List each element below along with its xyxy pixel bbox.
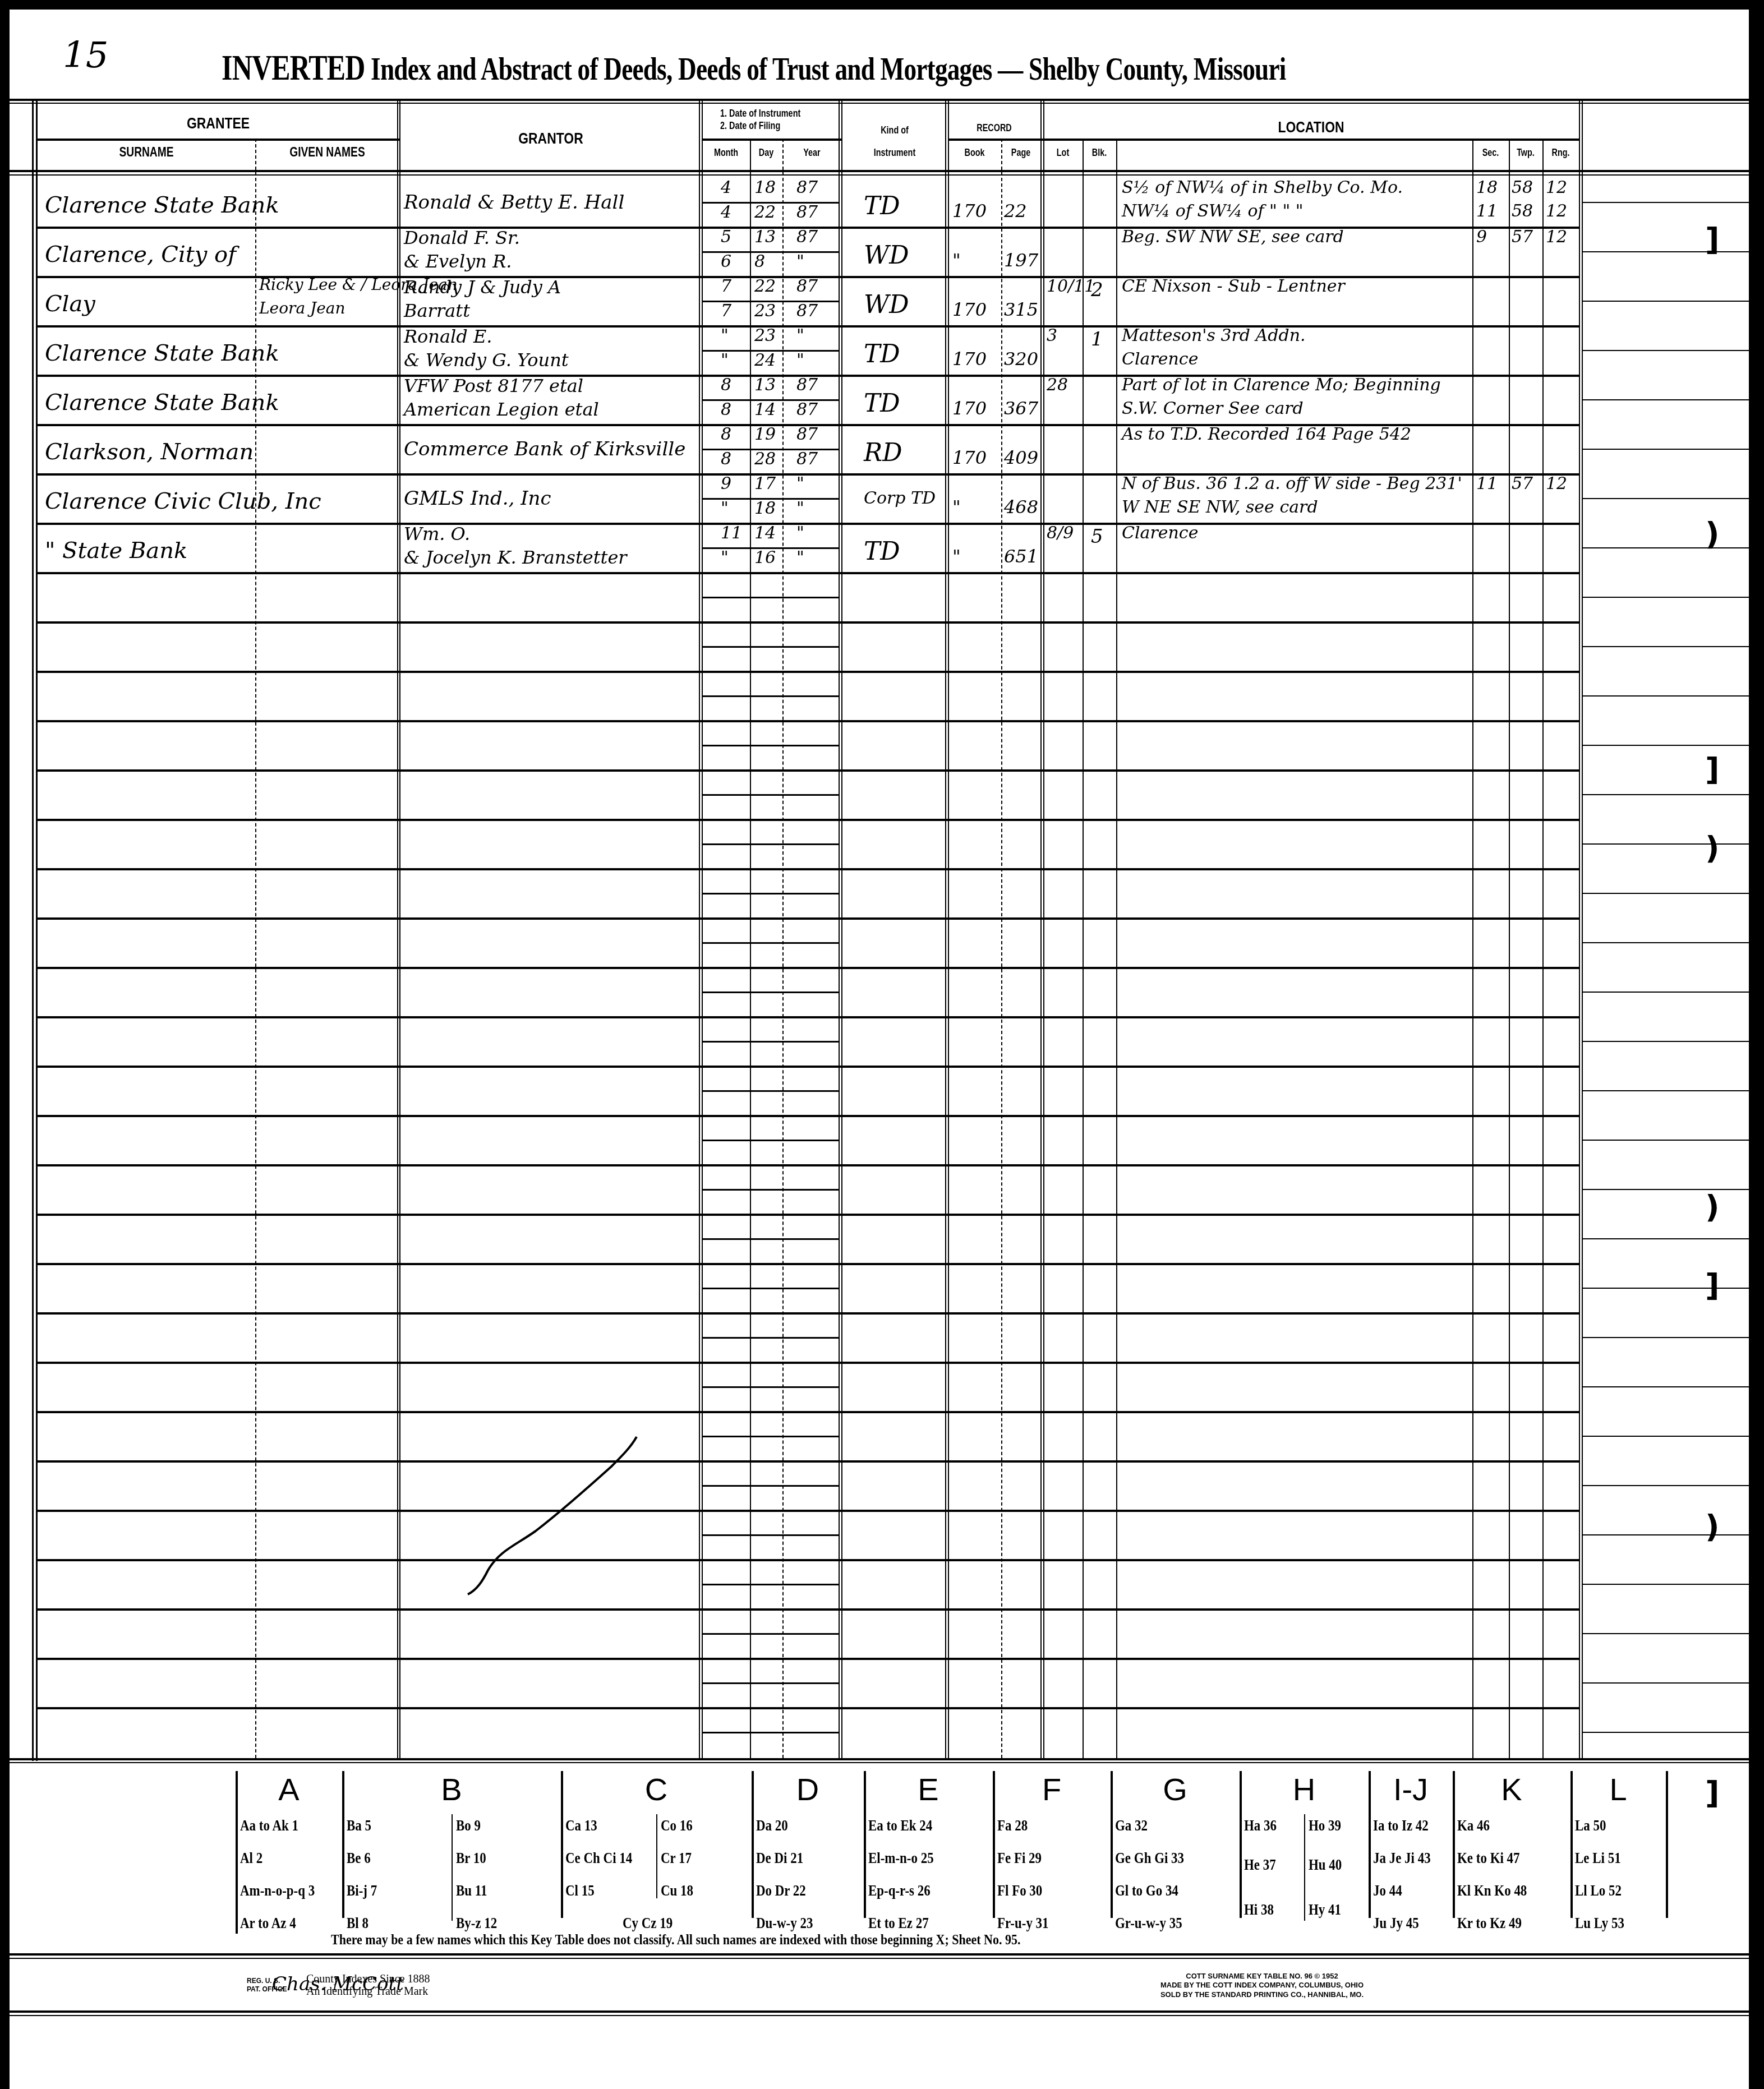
grantee-surname: Clarence State Bank bbox=[45, 391, 279, 414]
instrument-day: 19 bbox=[754, 426, 776, 443]
key-entry: Be 6 bbox=[347, 1850, 371, 1867]
filing-day: 14 bbox=[754, 402, 776, 418]
key-entry: Et to Ez 27 bbox=[868, 1915, 929, 1932]
filing-month: 6 bbox=[721, 253, 731, 270]
filing-year: " bbox=[796, 253, 804, 270]
instrument-kind: TD bbox=[864, 391, 900, 416]
grantee-given-names-line2: Leora Jean bbox=[259, 301, 346, 316]
township: 57 bbox=[1512, 476, 1533, 492]
key-entry: Bl 8 bbox=[347, 1915, 369, 1932]
grantor-line2: Barratt bbox=[404, 302, 470, 320]
location-description: As to T.D. Recorded 164 Page 542 bbox=[1122, 426, 1411, 443]
grantee-surname: Clarence State Bank bbox=[45, 342, 279, 365]
bracket-mark-icon: ] bbox=[1705, 751, 1720, 788]
key-letter: E bbox=[864, 1771, 993, 1807]
key-entry: Kl Kn Ko 48 bbox=[1457, 1882, 1527, 1899]
instrument-year: " bbox=[796, 525, 804, 542]
instrument-year: 87 bbox=[796, 229, 818, 246]
filing-month: 8 bbox=[721, 402, 731, 418]
filing-year: 87 bbox=[796, 451, 818, 468]
key-letter: D bbox=[752, 1771, 864, 1807]
section-line2: 11 bbox=[1476, 203, 1498, 220]
key-entry: El-m-n-o 25 bbox=[868, 1850, 934, 1867]
header-sec: Sec. bbox=[1476, 147, 1505, 159]
instrument-day: 17 bbox=[754, 476, 776, 492]
record-page: 367 bbox=[1004, 399, 1038, 417]
scan-edge-right bbox=[1749, 0, 1764, 2089]
record-page: 468 bbox=[1004, 498, 1038, 516]
filing-month: " bbox=[721, 550, 729, 566]
header-given-names: GIVEN NAMES bbox=[270, 145, 385, 160]
header-month: Month bbox=[707, 147, 745, 159]
instrument-month: 8 bbox=[721, 426, 731, 443]
grantor: GMLS Ind., Inc bbox=[404, 489, 551, 508]
grantee-surname: Clarkson, Norman bbox=[45, 441, 254, 463]
filing-day: 18 bbox=[754, 500, 776, 517]
header-surname: SURNAME bbox=[59, 145, 234, 160]
paren-mark-icon: ) bbox=[1705, 1189, 1720, 1225]
instrument-month: 4 bbox=[721, 179, 731, 196]
key-entry: Cl 15 bbox=[565, 1882, 595, 1899]
key-entry: Co 16 bbox=[661, 1817, 693, 1834]
location-description: Matteson's 3rd Addn. bbox=[1122, 328, 1306, 344]
grantee-surname: Clarence State Bank bbox=[45, 194, 279, 216]
key-entry: Bu 11 bbox=[456, 1882, 487, 1899]
key-entry: Hi 38 bbox=[1244, 1901, 1274, 1919]
grantor-line1: Randy J & Judy A bbox=[404, 278, 561, 296]
filing-year: 87 bbox=[796, 402, 818, 418]
key-entry: Cu 18 bbox=[661, 1882, 693, 1899]
header-grantor: GRANTOR bbox=[422, 130, 680, 147]
bracket-mark-icon: ] bbox=[1705, 1267, 1720, 1304]
location-lot: 8/9 bbox=[1047, 525, 1074, 542]
instrument-month: 11 bbox=[721, 525, 742, 542]
header-kind-line1: Kind of bbox=[852, 124, 937, 136]
grantee-surname: Clarence, City of bbox=[45, 243, 236, 266]
filing-year: " bbox=[796, 500, 804, 517]
key-entry: Fe Fi 29 bbox=[997, 1850, 1042, 1867]
instrument-day: 23 bbox=[754, 328, 776, 344]
section: 11 bbox=[1476, 476, 1498, 492]
key-entry: Am-n-o-p-q 3 bbox=[240, 1882, 315, 1899]
instrument-kind: Corp TD bbox=[864, 490, 936, 507]
key-entry: Fa 28 bbox=[997, 1817, 1028, 1834]
cott-publisher-text: COTT SURNAME KEY TABLE NO. 96 © 1952 MAD… bbox=[1066, 1972, 1458, 1999]
instrument-year: 87 bbox=[796, 426, 818, 443]
record-page: 22 bbox=[1004, 202, 1027, 220]
key-table-note: There may be a few names which this Key … bbox=[331, 1933, 1020, 1948]
title-inverted: INVERTED bbox=[222, 48, 365, 87]
key-entry: Gl to Go 34 bbox=[1115, 1882, 1178, 1899]
filing-year: " bbox=[796, 550, 804, 566]
header-date-line2: 2. Date of Filing bbox=[720, 120, 828, 132]
key-entry: Cr 17 bbox=[661, 1850, 692, 1867]
record-book: " bbox=[952, 498, 961, 516]
key-entry: Ia to Iz 42 bbox=[1373, 1817, 1429, 1834]
location-lot: 3 bbox=[1047, 328, 1057, 344]
location-description-line2: Clarence bbox=[1122, 351, 1198, 368]
page-number: 15 bbox=[63, 35, 108, 76]
grantee-surname: Clarence Civic Club, Inc bbox=[45, 490, 321, 513]
key-entry: Le Li 51 bbox=[1575, 1850, 1621, 1867]
filing-year: " bbox=[796, 352, 804, 369]
grantee-surname: " State Bank bbox=[45, 539, 187, 562]
key-entry: By-z 12 bbox=[456, 1915, 497, 1932]
record-page: 651 bbox=[1004, 547, 1038, 565]
filing-year: 87 bbox=[796, 303, 818, 320]
section: 18 bbox=[1476, 179, 1498, 196]
record-page: 315 bbox=[1004, 301, 1038, 319]
location-description: CE Nixson - Sub - Lentner bbox=[1122, 278, 1345, 295]
record-book: 170 bbox=[952, 449, 987, 467]
header-day: Day bbox=[753, 147, 779, 159]
key-entry: Ea to Ek 24 bbox=[868, 1817, 932, 1834]
grantor-line1: Donald F. Sr. bbox=[404, 229, 520, 247]
key-entry: Ju Jy 45 bbox=[1373, 1915, 1419, 1932]
key-entry: Ja Je Ji 43 bbox=[1373, 1850, 1431, 1867]
key-letter: C bbox=[561, 1771, 752, 1807]
table-row bbox=[37, 523, 1579, 572]
header-year: Year bbox=[789, 147, 836, 159]
record-book: 170 bbox=[952, 301, 987, 319]
pen-stroke-mark bbox=[460, 1430, 645, 1604]
instrument-year: 87 bbox=[796, 179, 818, 196]
header-blk: Blk. bbox=[1086, 147, 1113, 159]
key-letter: L bbox=[1570, 1771, 1666, 1807]
scan-edge-left bbox=[0, 0, 10, 2089]
key-letter: F bbox=[993, 1771, 1111, 1807]
location-block: 1 bbox=[1091, 330, 1103, 349]
key-entry: Ga 32 bbox=[1115, 1817, 1148, 1834]
instrument-day: 18 bbox=[754, 179, 776, 196]
filing-day: 22 bbox=[754, 204, 776, 221]
key-entry: Al 2 bbox=[240, 1850, 262, 1867]
record-page: 197 bbox=[1004, 251, 1038, 269]
location-block: 5 bbox=[1091, 527, 1103, 546]
key-entry: Br 10 bbox=[456, 1850, 486, 1867]
location-description: Beg. SW NW SE, see card bbox=[1122, 229, 1344, 246]
filing-month: " bbox=[721, 352, 729, 369]
township: 57 bbox=[1512, 229, 1533, 246]
key-entry: Gr-u-w-y 35 bbox=[1115, 1915, 1182, 1932]
header-lot: Lot bbox=[1047, 147, 1079, 159]
key-entry: Hu 40 bbox=[1309, 1856, 1342, 1874]
key-letter: G bbox=[1111, 1771, 1240, 1807]
header-rng: Rng. bbox=[1546, 147, 1576, 159]
instrument-year: 87 bbox=[796, 278, 818, 295]
instrument-month: 8 bbox=[721, 377, 731, 394]
location-description-line2: W NE SE NW, see card bbox=[1122, 499, 1318, 516]
key-entry: Fl Fo 30 bbox=[997, 1882, 1042, 1899]
key-entry: Ho 39 bbox=[1309, 1817, 1341, 1834]
range-line2: 12 bbox=[1546, 203, 1567, 220]
scan-edge-top bbox=[0, 0, 1764, 10]
location-description-line2: NW¼ of SW¼ of " " " bbox=[1122, 203, 1304, 220]
grantor-line2: American Legion etal bbox=[404, 400, 599, 418]
header-date-line1: 1. Date of Instrument bbox=[720, 108, 828, 119]
instrument-kind: TD bbox=[864, 194, 900, 219]
instrument-kind: WD bbox=[864, 243, 909, 268]
key-entry: Jo 44 bbox=[1373, 1882, 1402, 1899]
filing-month: 4 bbox=[721, 204, 731, 221]
location-description: Clarence bbox=[1122, 525, 1198, 542]
filing-month: 8 bbox=[721, 451, 731, 468]
trade-mark-text: County Indexes Since 1888 An Identifying… bbox=[306, 1973, 430, 1998]
location-description-line2: S.W. Corner See card bbox=[1122, 400, 1304, 417]
section: 9 bbox=[1476, 229, 1487, 246]
key-entry: Ha 36 bbox=[1244, 1817, 1277, 1834]
key-entry: Ke to Ki 47 bbox=[1457, 1850, 1520, 1867]
header-kind-line2: Instrument bbox=[852, 147, 937, 159]
key-entry: De Di 21 bbox=[756, 1850, 803, 1867]
key-letter: K bbox=[1453, 1771, 1570, 1807]
key-letter: B bbox=[342, 1771, 561, 1807]
key-entry: Lu Ly 53 bbox=[1575, 1915, 1624, 1932]
township: 58 bbox=[1512, 179, 1533, 196]
paren-mark-icon: ) bbox=[1705, 830, 1720, 866]
filing-month: " bbox=[721, 500, 729, 517]
grantor: Ronald & Betty E. Hall bbox=[404, 193, 624, 212]
location-description: N of Bus. 36 1.2 a. off W side - Beg 231… bbox=[1122, 476, 1462, 492]
bracket-mark-icon: ] bbox=[1705, 1775, 1720, 1811]
instrument-month: 9 bbox=[721, 476, 731, 492]
key-letter: H bbox=[1240, 1771, 1369, 1807]
instrument-day: 13 bbox=[754, 229, 776, 246]
instrument-kind: WD bbox=[864, 293, 909, 317]
key-entry: He 37 bbox=[1244, 1856, 1276, 1874]
key-entry: Ep-q-r-s 26 bbox=[868, 1882, 931, 1899]
key-letter: A bbox=[236, 1771, 342, 1807]
key-entry: Kr to Kz 49 bbox=[1457, 1915, 1522, 1932]
instrument-kind: TD bbox=[864, 342, 900, 367]
record-book: " bbox=[952, 547, 961, 565]
bracket-mark-icon: ] bbox=[1705, 222, 1720, 258]
key-entry: Bo 9 bbox=[456, 1817, 481, 1834]
record-book: 170 bbox=[952, 350, 987, 368]
location-lot: 10/11 bbox=[1047, 278, 1095, 295]
key-entry: Ll Lo 52 bbox=[1575, 1882, 1622, 1899]
header-page: Page bbox=[1005, 147, 1037, 159]
key-entry: La 50 bbox=[1575, 1817, 1606, 1834]
grantor-line1: Wm. O. bbox=[404, 525, 470, 543]
header-grantee: GRANTEE bbox=[64, 115, 372, 132]
grantor: Commerce Bank of Kirksville bbox=[404, 440, 685, 459]
instrument-year: " bbox=[796, 476, 804, 492]
record-page: 320 bbox=[1004, 350, 1038, 368]
title-rest: Index and Abstract of Deeds, Deeds of Tr… bbox=[365, 50, 1286, 87]
location-lot: 28 bbox=[1047, 377, 1068, 394]
range: 12 bbox=[1546, 476, 1567, 492]
instrument-month: " bbox=[721, 328, 729, 344]
paren-mark-icon: ) bbox=[1705, 1509, 1720, 1545]
header-twp: Twp. bbox=[1512, 147, 1539, 159]
record-book: " bbox=[952, 251, 961, 269]
key-entry: Fr-u-y 31 bbox=[997, 1915, 1049, 1932]
range: 12 bbox=[1546, 229, 1567, 246]
grantor-line2: & Wendy G. Yount bbox=[404, 351, 569, 369]
instrument-month: 7 bbox=[721, 278, 731, 295]
key-entry: Ar to Az 4 bbox=[240, 1915, 296, 1932]
instrument-year: 87 bbox=[796, 377, 818, 394]
filing-day: 24 bbox=[754, 352, 776, 369]
key-entry: Do Dr 22 bbox=[756, 1882, 806, 1899]
filing-day: 28 bbox=[754, 451, 776, 468]
key-entry: Hy 41 bbox=[1309, 1901, 1341, 1919]
instrument-kind: RD bbox=[864, 441, 902, 465]
grantor-line1: Ronald E. bbox=[404, 328, 492, 345]
paren-mark-icon: ) bbox=[1705, 516, 1720, 552]
range: 12 bbox=[1546, 179, 1567, 196]
key-entry: Ka 46 bbox=[1457, 1817, 1490, 1834]
key-entry: Ge Gh Gi 33 bbox=[1115, 1850, 1184, 1867]
record-book: 170 bbox=[952, 202, 987, 220]
location-block: 2 bbox=[1091, 280, 1103, 299]
header-record: RECORD bbox=[957, 122, 1031, 134]
filing-day: 16 bbox=[754, 550, 776, 566]
grantor-line1: VFW Post 8177 etal bbox=[404, 377, 583, 395]
instrument-year: " bbox=[796, 328, 804, 344]
record-page: 409 bbox=[1004, 449, 1038, 467]
key-entry: Cy Cz 19 bbox=[623, 1915, 673, 1932]
header-book: Book bbox=[954, 147, 996, 159]
grantee-surname: Clay bbox=[45, 293, 95, 315]
key-letter: I-J bbox=[1369, 1771, 1453, 1807]
key-entry: Bi-j 7 bbox=[347, 1882, 377, 1899]
filing-month: 7 bbox=[721, 303, 731, 320]
key-entry: Aa to Ak 1 bbox=[240, 1817, 298, 1834]
record-book: 170 bbox=[952, 399, 987, 417]
key-entry: Ba 5 bbox=[347, 1817, 371, 1834]
filing-day: 23 bbox=[754, 303, 776, 320]
instrument-day: 14 bbox=[754, 525, 776, 542]
instrument-day: 22 bbox=[754, 278, 776, 295]
township-line2: 58 bbox=[1512, 203, 1533, 220]
filing-day: 8 bbox=[754, 253, 765, 270]
key-entry: Ce Ch Ci 14 bbox=[565, 1850, 632, 1867]
instrument-month: 5 bbox=[721, 229, 731, 246]
key-entry: Du-w-y 23 bbox=[756, 1915, 813, 1932]
instrument-day: 13 bbox=[754, 377, 776, 394]
page-title: INVERTED Index and Abstract of Deeds, De… bbox=[222, 47, 1286, 89]
filing-year: 87 bbox=[796, 204, 818, 221]
key-entry: Da 20 bbox=[756, 1817, 788, 1834]
location-description: Part of lot in Clarence Mo; Beginning bbox=[1122, 377, 1441, 394]
instrument-kind: TD bbox=[864, 539, 900, 564]
key-entry: Ca 13 bbox=[565, 1817, 597, 1834]
header-location: LOCATION bbox=[1084, 119, 1539, 136]
grantor-line2: & Jocelyn K. Branstetter bbox=[404, 548, 627, 566]
location-description: S½ of NW¼ of in Shelby Co. Mo. bbox=[1122, 179, 1403, 196]
grantor-line2: & Evelyn R. bbox=[404, 252, 512, 270]
